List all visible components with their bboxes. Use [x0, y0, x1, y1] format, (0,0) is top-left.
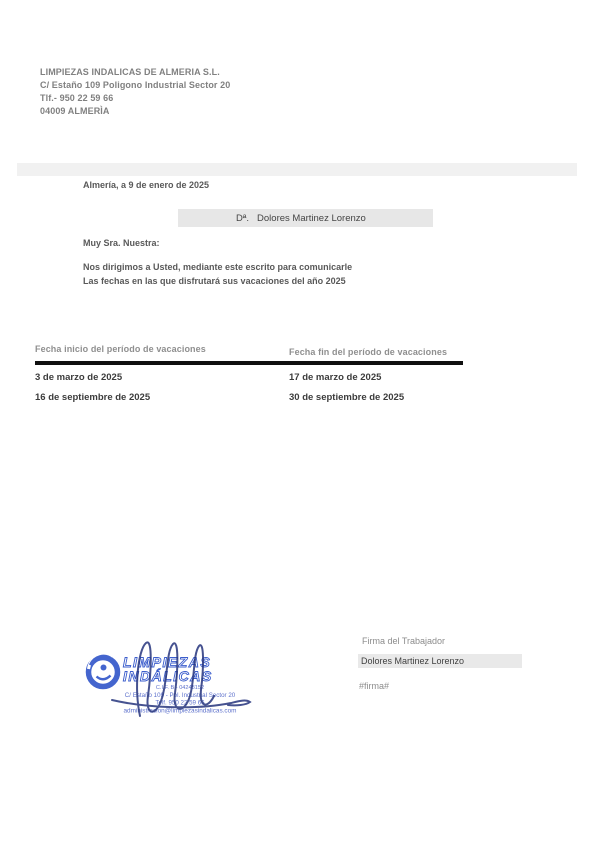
body-line-1: Nos dirigimos a Usted, mediante este esc… — [83, 261, 352, 275]
company-stamp: LIMPIEZAS INDÁLICAS C.I.F. B - 04248152 … — [76, 636, 256, 732]
company-name: LIMPIEZAS INDALICAS DE ALMERIA S.L. — [40, 66, 230, 79]
stamp-address: C/ Estaño 109 - Pol. Industrial Sector 2… — [125, 692, 236, 699]
document-page: LIMPIEZAS INDALICAS DE ALMERIA S.L. C/ E… — [0, 0, 595, 841]
table-cell-start-1: 3 de marzo de 2025 — [35, 372, 122, 383]
recipient-name: Dolores Martinez Lorenzo — [257, 213, 366, 224]
table-header-start-date: Fecha inicio del período de vacaciones — [35, 344, 206, 354]
company-header: LIMPIEZAS INDALICAS DE ALMERIA S.L. C/ E… — [40, 66, 230, 118]
recipient-field[interactable]: Dª. Dolores Martinez Lorenzo — [178, 209, 433, 227]
table-cell-end-2: 30 de septiembre de 2025 — [289, 392, 404, 403]
signature-placeholder[interactable]: #firma# — [359, 681, 389, 691]
signature-name-field[interactable]: Dolores Martinez Lorenzo — [358, 654, 522, 668]
stamp-swirl-logo — [89, 655, 118, 686]
signature-label: Firma del Trabajador — [362, 636, 445, 646]
highlight-band — [17, 163, 577, 176]
stamp-phone: Telf. 950 22 59 66 — [155, 700, 205, 707]
table-cell-start-2: 16 de septiembre de 2025 — [35, 392, 150, 403]
letter-body: Nos dirigimos a Usted, mediante este esc… — [83, 261, 352, 288]
table-header-end-date: Fecha fin del período de vacaciones — [289, 347, 447, 357]
body-line-2: Las fechas en las que disfrutará sus vac… — [83, 275, 352, 289]
recipient-prefix: Dª. — [236, 213, 249, 224]
company-city: 04009 ALMERÌA — [40, 105, 230, 118]
salutation: Muy Sra. Nuestra: — [83, 238, 160, 248]
company-address: C/ Estaño 109 Poligono Industrial Sector… — [40, 79, 230, 92]
table-cell-end-1: 17 de marzo de 2025 — [289, 372, 381, 383]
table-divider — [35, 361, 463, 365]
company-phone: Tlf.- 950 22 59 66 — [40, 92, 230, 105]
date-line: Almería, a 9 de enero de 2025 — [83, 180, 209, 190]
